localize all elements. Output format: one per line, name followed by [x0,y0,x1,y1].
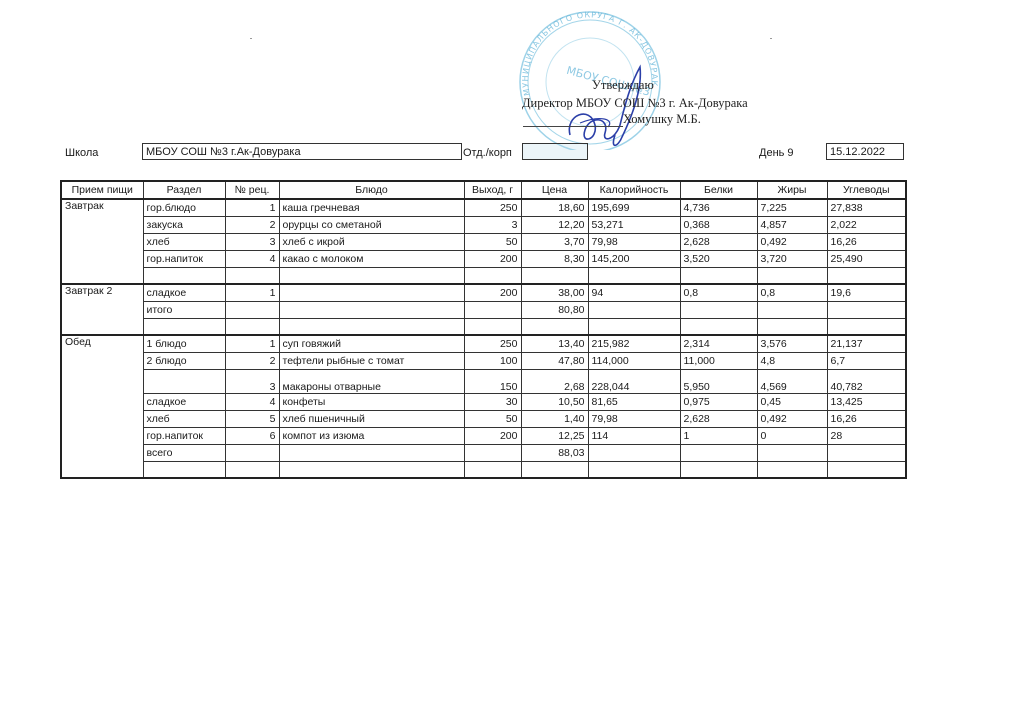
protein-cell: 0,975 [680,393,757,410]
table-row: гор.напиток4какао с молоком2008,30145,20… [61,250,906,267]
section-cell [143,369,225,393]
yield-cell: 250 [464,199,521,216]
yield-cell: 50 [464,233,521,250]
fat-cell [757,267,827,284]
yield-cell: 250 [464,335,521,352]
carbs-cell [827,461,906,478]
meal-cell: Обед [61,335,143,478]
kcal-cell [588,444,680,461]
day-label: День 9 [759,147,794,159]
table-row: Завтрак 2сладкое120038,00940,80,819,6 [61,284,906,301]
menu-table: Прием пищиРаздел№ рец.БлюдоВыход, гЦенаК… [60,180,907,479]
col-fat-header: Жиры [757,181,827,199]
yield-cell: 150 [464,369,521,393]
col-kcal-header: Калорийность [588,181,680,199]
col-carbs-header: Углеводы [827,181,906,199]
table-row: хлеб3хлеб с икрой503,7079,982,6280,49216… [61,233,906,250]
yield-cell [464,301,521,318]
kcal-cell: 53,271 [588,216,680,233]
approval-heading: Утверждаю [592,78,654,93]
carbs-cell: 27,838 [827,199,906,216]
carbs-cell: 2,022 [827,216,906,233]
carbs-cell [827,318,906,335]
recipe-cell: 1 [225,335,279,352]
kcal-cell: 114 [588,427,680,444]
price-cell: 1,40 [521,410,588,427]
dish-cell: макароны отварные [279,369,464,393]
recipe-cell [225,461,279,478]
col-protein-header: Белки [680,181,757,199]
recipe-cell: 3 [225,369,279,393]
yield-cell [464,318,521,335]
recipe-cell: 5 [225,410,279,427]
yield-cell: 3 [464,216,521,233]
table-header-row: Прием пищиРаздел№ рец.БлюдоВыход, гЦенаК… [61,181,906,199]
kcal-cell: 215,982 [588,335,680,352]
dish-cell: орурцы со сметаной [279,216,464,233]
carbs-cell: 13,425 [827,393,906,410]
carbs-cell: 40,782 [827,369,906,393]
yield-cell: 200 [464,427,521,444]
protein-cell: 2,314 [680,335,757,352]
price-cell [521,461,588,478]
price-cell: 18,60 [521,199,588,216]
school-label: Школа [65,147,98,159]
table-row: Завтракгор.блюдо1каша гречневая25018,601… [61,199,906,216]
recipe-cell [225,267,279,284]
dish-cell: какао с молоком [279,250,464,267]
kcal-cell: 79,98 [588,410,680,427]
price-cell: 8,30 [521,250,588,267]
section-cell: закуска [143,216,225,233]
protein-cell: 4,736 [680,199,757,216]
table-row [61,267,906,284]
fat-cell: 0,492 [757,233,827,250]
price-cell: 12,20 [521,216,588,233]
fat-cell [757,444,827,461]
protein-cell [680,461,757,478]
price-cell: 13,40 [521,335,588,352]
dept-label: Отд./корп [463,147,512,159]
recipe-cell: 1 [225,199,279,216]
carbs-cell [827,267,906,284]
recipe-cell: 4 [225,393,279,410]
recipe-cell: 4 [225,250,279,267]
table-row [61,461,906,478]
table-row: Обед1 блюдо1суп говяжий25013,40215,9822,… [61,335,906,352]
kcal-cell [588,461,680,478]
recipe-cell: 2 [225,352,279,369]
table-row: всего88,03 [61,444,906,461]
dish-cell [279,267,464,284]
approval-name: Хомушку М.Б. [623,112,701,127]
protein-cell [680,301,757,318]
school-field[interactable]: МБОУ СОШ №3 г.Ак-Довурака [142,143,462,160]
recipe-cell: 3 [225,233,279,250]
section-cell: всего [143,444,225,461]
col-recipe-header: № рец. [225,181,279,199]
fat-cell: 7,225 [757,199,827,216]
table-row: 2 блюдо2тефтели рыбные с томат10047,8011… [61,352,906,369]
table-row: закуска2орурцы со сметаной312,2053,2710,… [61,216,906,233]
fat-cell: 0 [757,427,827,444]
recipe-cell: 1 [225,284,279,301]
recipe-cell: 2 [225,216,279,233]
protein-cell: 2,628 [680,233,757,250]
section-cell [143,461,225,478]
carbs-cell: 16,26 [827,233,906,250]
dish-cell: компот из изюма [279,427,464,444]
recipe-cell [225,318,279,335]
section-cell [143,318,225,335]
dish-cell: конфеты [279,393,464,410]
section-cell [143,267,225,284]
fat-cell [757,318,827,335]
section-cell: гор.блюдо [143,199,225,216]
meal-cell: Завтрак 2 [61,284,143,335]
recipe-cell: 6 [225,427,279,444]
table-row: итого80,80 [61,301,906,318]
dish-cell: хлеб с икрой [279,233,464,250]
scan-speck [770,38,772,39]
section-cell: 1 блюдо [143,335,225,352]
meal-cell: Завтрак [61,199,143,284]
section-cell: хлеб [143,410,225,427]
recipe-cell [225,301,279,318]
carbs-cell [827,301,906,318]
table-row: сладкое4конфеты3010,5081,650,9750,4513,4… [61,393,906,410]
protein-cell: 1 [680,427,757,444]
kcal-cell [588,318,680,335]
dish-cell [279,444,464,461]
kcal-cell: 195,699 [588,199,680,216]
table-body: Завтракгор.блюдо1каша гречневая25018,601… [61,199,906,478]
price-cell: 88,03 [521,444,588,461]
kcal-cell: 114,000 [588,352,680,369]
yield-cell: 30 [464,393,521,410]
price-cell [521,318,588,335]
section-cell: сладкое [143,393,225,410]
kcal-cell [588,267,680,284]
price-cell: 47,80 [521,352,588,369]
yield-cell: 200 [464,250,521,267]
yield-cell [464,267,521,284]
col-dish-header: Блюдо [279,181,464,199]
price-cell: 10,50 [521,393,588,410]
kcal-cell: 79,98 [588,233,680,250]
carbs-cell [827,444,906,461]
section-cell: итого [143,301,225,318]
kcal-cell: 81,65 [588,393,680,410]
protein-cell [680,318,757,335]
dish-cell: каша гречневая [279,199,464,216]
signature-line [523,126,623,127]
table-row [61,318,906,335]
fat-cell: 4,569 [757,369,827,393]
dish-cell [279,318,464,335]
dish-cell: тефтели рыбные с томат [279,352,464,369]
fat-cell: 0,8 [757,284,827,301]
date-field[interactable]: 15.12.2022 [826,143,904,160]
kcal-cell: 94 [588,284,680,301]
kcal-cell: 145,200 [588,250,680,267]
col-price-header: Цена [521,181,588,199]
price-cell: 12,25 [521,427,588,444]
scan-speck [250,38,252,39]
price-cell [521,267,588,284]
dish-cell: суп говяжий [279,335,464,352]
protein-cell: 0,368 [680,216,757,233]
protein-cell: 3,520 [680,250,757,267]
fat-cell: 0,45 [757,393,827,410]
protein-cell [680,444,757,461]
col-yield-header: Выход, г [464,181,521,199]
kcal-cell: 228,044 [588,369,680,393]
fat-cell: 0,492 [757,410,827,427]
section-cell: сладкое [143,284,225,301]
dish-cell [279,461,464,478]
price-cell: 80,80 [521,301,588,318]
fat-cell: 3,720 [757,250,827,267]
yield-cell: 200 [464,284,521,301]
price-cell: 3,70 [521,233,588,250]
fat-cell [757,461,827,478]
protein-cell: 5,950 [680,369,757,393]
fat-cell: 4,857 [757,216,827,233]
yield-cell [464,444,521,461]
section-cell: 2 блюдо [143,352,225,369]
section-cell: гор.напиток [143,427,225,444]
col-meal-header: Прием пищи [61,181,143,199]
fat-cell: 3,576 [757,335,827,352]
protein-cell [680,267,757,284]
table-row: 3макароны отварные1502,68228,0445,9504,5… [61,369,906,393]
dish-cell [279,301,464,318]
table-row: гор.напиток6компот из изюма20012,2511410… [61,427,906,444]
approval-position: Директор МБОУ СОШ №3 г. Ак-Довурака [522,96,748,111]
protein-cell: 0,8 [680,284,757,301]
yield-cell [464,461,521,478]
carbs-cell: 28 [827,427,906,444]
price-cell: 38,00 [521,284,588,301]
protein-cell: 2,628 [680,410,757,427]
dish-cell: хлеб пшеничный [279,410,464,427]
kcal-cell [588,301,680,318]
table-row: хлеб5хлеб пшеничный501,4079,982,6280,492… [61,410,906,427]
protein-cell: 11,000 [680,352,757,369]
carbs-cell: 19,6 [827,284,906,301]
section-cell: гор.напиток [143,250,225,267]
dept-field[interactable] [522,143,588,160]
col-section-header: Раздел [143,181,225,199]
carbs-cell: 16,26 [827,410,906,427]
carbs-cell: 21,137 [827,335,906,352]
fat-cell: 4,8 [757,352,827,369]
recipe-cell [225,444,279,461]
yield-cell: 50 [464,410,521,427]
section-cell: хлеб [143,233,225,250]
price-cell: 2,68 [521,369,588,393]
dish-cell [279,284,464,301]
yield-cell: 100 [464,352,521,369]
carbs-cell: 25,490 [827,250,906,267]
fat-cell [757,301,827,318]
carbs-cell: 6,7 [827,352,906,369]
